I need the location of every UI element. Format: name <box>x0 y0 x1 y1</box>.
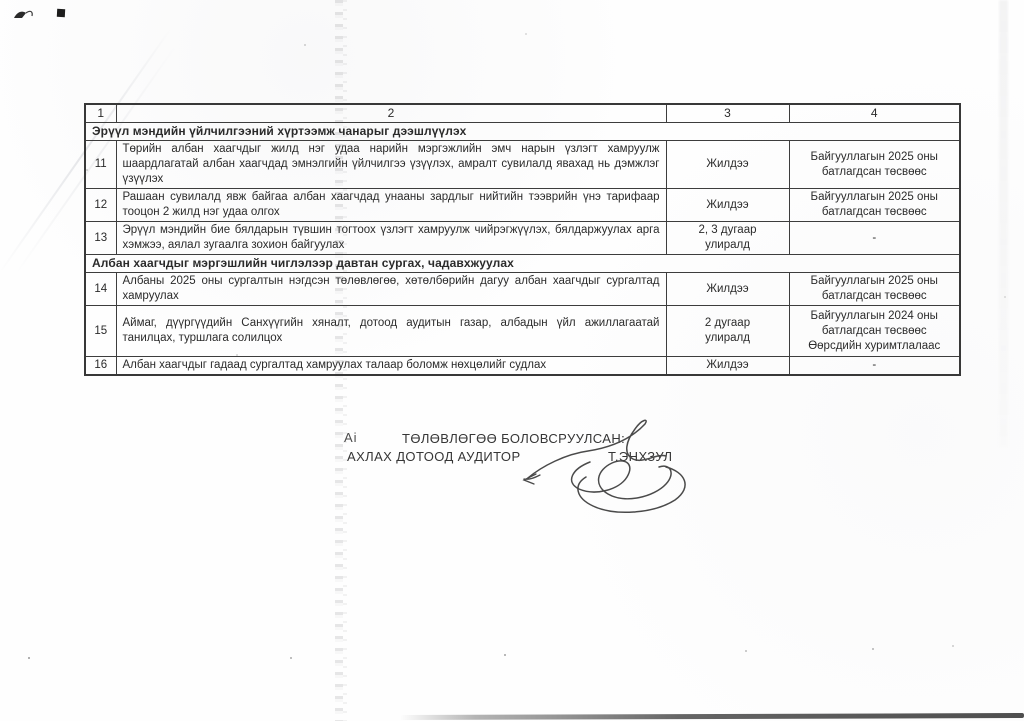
table-row: 13 Эрүүл мэндийн бие бялдарын түвшин тог… <box>85 222 960 255</box>
scan-dust-specks <box>0 0 2 2</box>
row-16-number-cell: 16 <box>85 357 116 376</box>
row-15-activity-cell: Аймаг, дүүргүүдийн Санхүүгийн хяналт, до… <box>116 306 666 357</box>
section-header-row: Эрүүл мэндийн үйлчилгээний хүртээмж чана… <box>85 123 960 141</box>
row-12-funding-cell: Байгууллагын 2025 оны батлагдсан төсвөөс <box>789 189 960 222</box>
row-11-funding-cell: Байгууллагын 2025 оны батлагдсан төсвөөс <box>789 141 960 189</box>
table-row: 11 Төрийн албан хаагчдыг жилд нэг удаа н… <box>85 141 960 189</box>
table-header-row: 1 2 3 4 <box>85 104 960 123</box>
row-11-number-cell: 11 <box>85 141 116 189</box>
scanned-document-page: Аі 1 2 3 4 Эрүүл мэндийн үйлчилгээний хү… <box>0 0 1024 721</box>
row-13-activity-cell: Эрүүл мэндийн бие бялдарын түвшин тогтоо… <box>116 222 666 255</box>
column-header-1: 1 <box>85 104 116 123</box>
bleed-through-text: Аі <box>344 430 358 445</box>
table-row: 15 Аймаг, дүүргүүдийн Санхүүгийн хяналт,… <box>85 306 960 357</box>
row-16-activity-cell: Албан хаагчдыг гадаад сургалтад хамруула… <box>116 357 666 376</box>
scan-right-edge-shadow <box>999 0 1008 447</box>
row-11-activity-cell: Төрийн албан хаагчдыг жилд нэг удаа нари… <box>116 141 666 189</box>
ink-square-mark <box>57 9 65 17</box>
row-16-funding-cell: - <box>789 357 960 376</box>
row-15-number-cell: 15 <box>85 306 116 357</box>
section-title-health: Эрүүл мэндийн үйлчилгээний хүртээмж чана… <box>85 123 960 141</box>
scan-bottom-edge-shadow <box>400 713 1024 720</box>
section-header-row: Албан хаагчдыг мэргэшлийн чиглэлээр давт… <box>85 255 960 273</box>
row-12-timeframe-cell: Жилдээ <box>666 189 789 222</box>
column-header-2: 2 <box>116 104 666 123</box>
handwritten-signature <box>466 414 716 534</box>
row-12-activity-cell: Рашаан сувилалд явж байгаа албан хаагчда… <box>116 189 666 222</box>
table-row: 16 Албан хаагчдыг гадаад сургалтад хамру… <box>85 357 960 376</box>
row-15-timeframe-cell: 2 дугаар улиралд <box>666 306 789 357</box>
section-title-training: Албан хаагчдыг мэргэшлийн чиглэлээр давт… <box>85 255 960 273</box>
column-header-3: 3 <box>666 104 789 123</box>
row-14-timeframe-cell: Жилдээ <box>666 273 789 306</box>
table-row: 14 Албаны 2025 оны сургалтын нэгдсэн төл… <box>85 273 960 306</box>
activity-plan-table: 1 2 3 4 Эрүүл мэндийн үйлчилгээний хүртэ… <box>84 103 961 376</box>
row-11-timeframe-cell: Жилдээ <box>666 141 789 189</box>
table-row: 12 Рашаан сувилалд явж байгаа албан хааг… <box>85 189 960 222</box>
row-14-funding-cell: Байгууллагын 2025 оны батлагдсан төсвөөс <box>789 273 960 306</box>
row-13-funding-cell: - <box>789 222 960 255</box>
pen-squiggle-mark <box>12 7 38 28</box>
row-13-number-cell: 13 <box>85 222 116 255</box>
row-13-timeframe-cell: 2, 3 дугаар улиралд <box>666 222 789 255</box>
row-12-number-cell: 12 <box>85 189 116 222</box>
row-14-number-cell: 14 <box>85 273 116 306</box>
column-header-4: 4 <box>789 104 960 123</box>
row-15-funding-cell: Байгууллагын 2024 оны батлагдсан төсвөөс… <box>789 306 960 357</box>
row-16-timeframe-cell: Жилдээ <box>666 357 789 376</box>
row-14-activity-cell: Албаны 2025 оны сургалтын нэгдсэн төлөвл… <box>116 273 666 306</box>
